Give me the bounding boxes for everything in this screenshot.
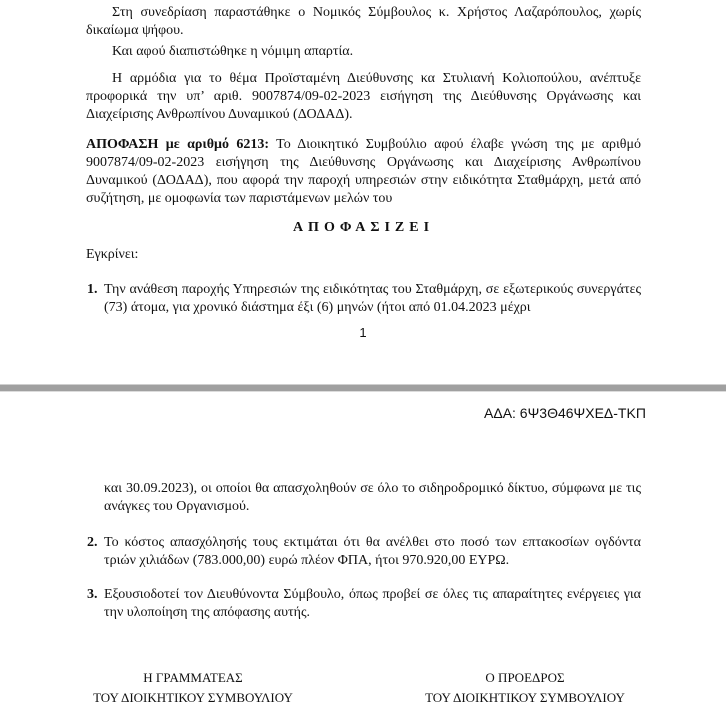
signature-title: Η ΓΡΑΜΜΑΤΕΑΣ (78, 668, 308, 688)
signature-body: ΤΟΥ ΔΙΟΙΚΗΤΙΚΟΥ ΣΥΜΒΟΥΛΙΟΥ (405, 688, 645, 708)
list-item-3: 3. Εξουσιοδοτεί τον Διευθύνοντα Σύμβουλο… (86, 586, 641, 622)
document-page-1: Στη συνεδρίαση παραστάθηκε ο Νομικός Σύμ… (0, 0, 726, 384)
list-item-2: 2. Το κόστος απασχόλησής τους εκτιμάται … (86, 534, 641, 570)
list-number: 1. (87, 281, 98, 299)
list-number: 2. (87, 534, 98, 552)
paragraph-presenter: Η αρμόδια για το θέμα Προϊσταμένη Διεύθυ… (86, 70, 641, 124)
page-separator (0, 384, 726, 392)
approves-label: Εγκρίνει: (86, 246, 641, 264)
list-item-1: 1. Την ανάθεση παροχής Υπηρεσιών της ειδ… (86, 281, 641, 317)
paragraph-legal-advisor: Στη συνεδρίαση παραστάθηκε ο Νομικός Σύμ… (86, 4, 641, 40)
signature-body: ΤΟΥ ΔΙΟΙΚΗΤΙΚΟΥ ΣΥΜΒΟΥΛΙΟΥ (78, 688, 308, 708)
paragraph-quorum: Και αφού διαπιστώθηκε η νόμιμη απαρτία. (86, 43, 641, 61)
list-item-1-continued: και 30.09.2023), οι οποίοι θα απασχοληθο… (104, 480, 641, 516)
list-text: Το κόστος απασχόλησής τους εκτιμάται ότι… (104, 534, 641, 570)
signature-president: Ο ΠΡΟΕΔΡΟΣ ΤΟΥ ΔΙΟΙΚΗΤΙΚΟΥ ΣΥΜΒΟΥΛΙΟΥ (405, 668, 645, 708)
ada-code: ΑΔΑ: 6Ψ3Θ46ΨΧΕΔ-ΤΚΠ (484, 405, 646, 421)
signature-title: Ο ΠΡΟΕΔΡΟΣ (405, 668, 645, 688)
decision-label: ΑΠΟΦΑΣΗ με αριθμό 6213: (86, 137, 269, 152)
signature-secretary: Η ΓΡΑΜΜΑΤΕΑΣ ΤΟΥ ΔΙΟΙΚΗΤΙΚΟΥ ΣΥΜΒΟΥΛΙΟΥ (78, 668, 308, 708)
list-number: 3. (87, 586, 98, 604)
document-page-2: ΑΔΑ: 6Ψ3Θ46ΨΧΕΔ-ΤΚΠ και 30.09.2023), οι … (0, 392, 726, 712)
decision-heading: ΑΠΟΦΑΣΙΖΕΙ (86, 219, 641, 237)
page-number: 1 (0, 325, 726, 340)
list-text: Εξουσιοδοτεί τον Διευθύνοντα Σύμβουλο, ό… (104, 586, 641, 622)
decision-paragraph: ΑΠΟΦΑΣΗ με αριθμό 6213: Το Διοικητικό Συ… (86, 136, 641, 208)
list-text: Την ανάθεση παροχής Υπηρεσιών της ειδικό… (104, 281, 641, 317)
